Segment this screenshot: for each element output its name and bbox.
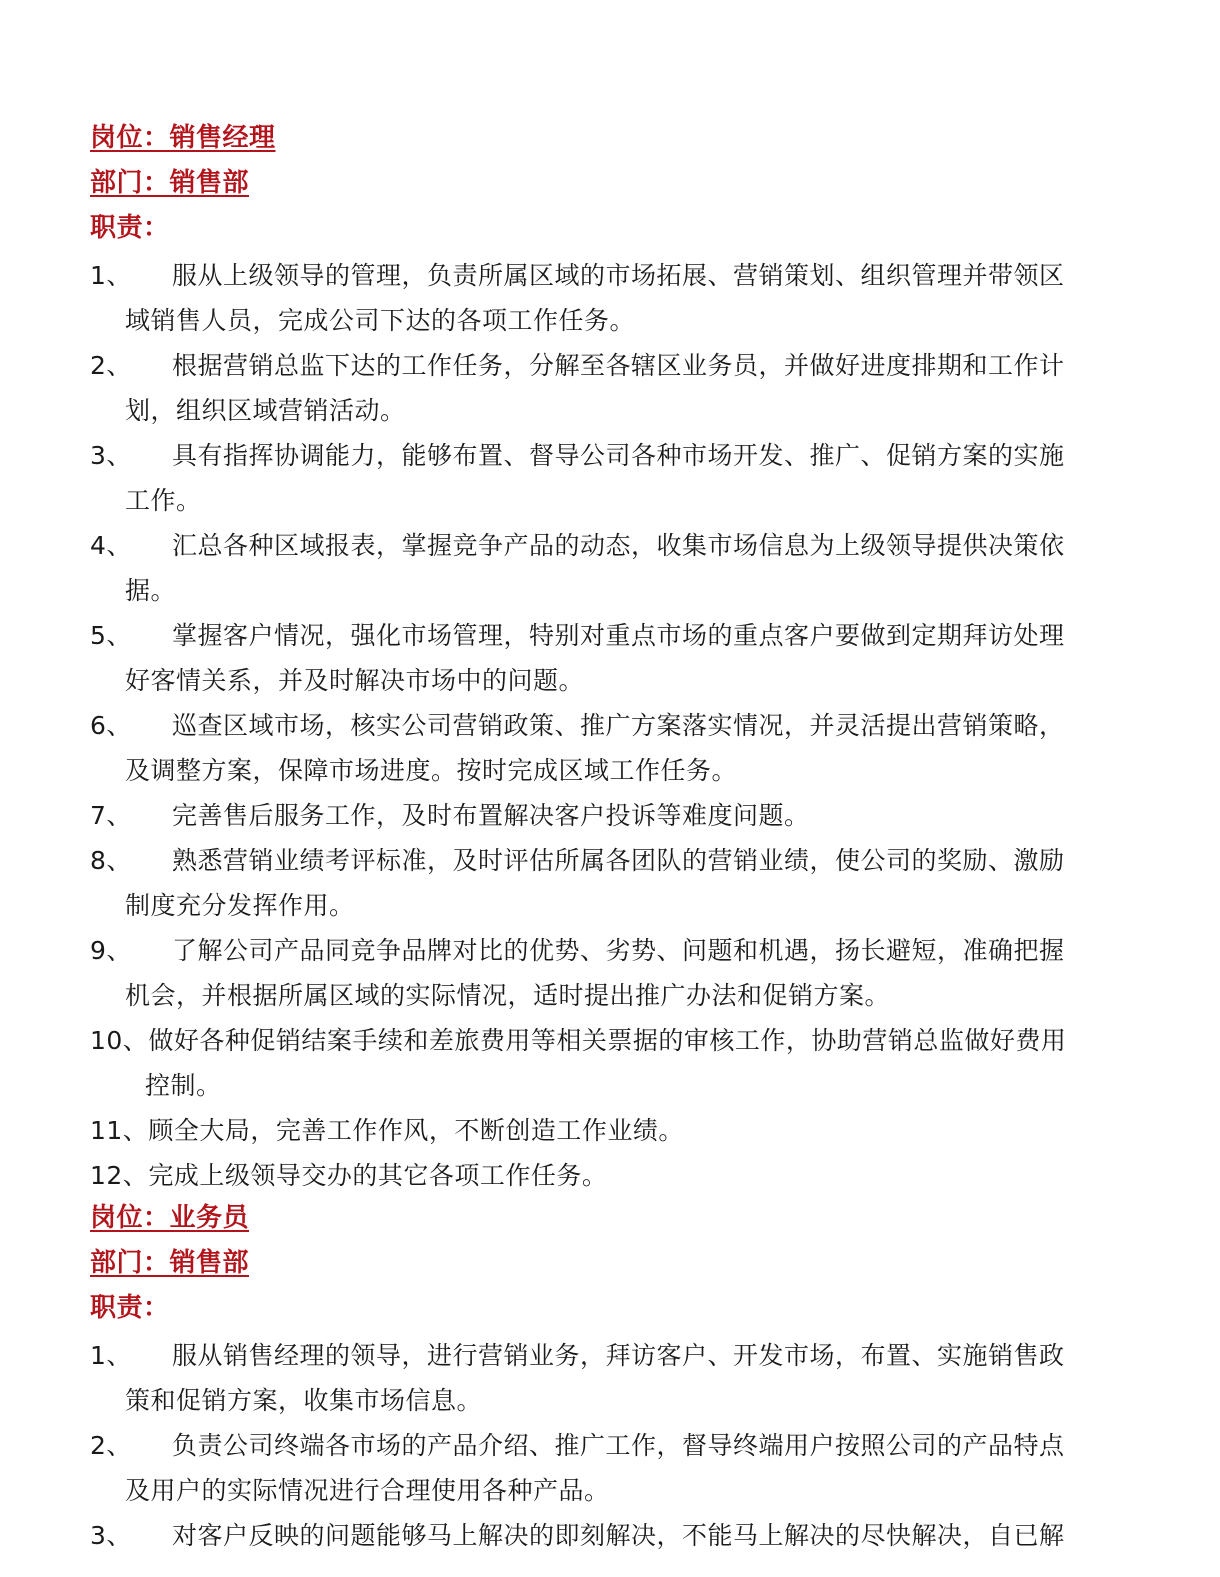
job-section-salesperson: 岗位：业务员 部门：销售部 职责： 1、服从销售经理的领导，进行营销业务，拜访客…: [90, 1198, 1150, 1558]
department-heading: 部门：销售部: [90, 163, 1150, 208]
duty-item: 9、了解公司产品同竞争品牌对比的优势、劣势、问题和机遇，扬长避短，准确把握机会，…: [90, 928, 1150, 1018]
duty-item: 1、服从上级领导的管理，负责所属区域的市场拓展、营销策划、组织管理并带领区域销售…: [90, 253, 1150, 343]
position-heading: 岗位：销售经理: [90, 118, 1150, 163]
duty-item: 11、顾全大局，完善工作作风，不断创造工作业绩。: [90, 1108, 1150, 1153]
duty-item: 4、汇总各种区域报表，掌握竞争产品的动态，收集市场信息为上级领导提供决策依据。: [90, 523, 1150, 613]
duty-item: 2、负责公司终端各市场的产品介绍、推广工作，督导终端用户按照公司的产品特点及用户…: [90, 1423, 1150, 1513]
duty-item: 6、巡查区域市场，核实公司营销政策、推广方案落实情况，并灵活提出营销策略，及调整…: [90, 703, 1150, 793]
duty-item: 1、服从销售经理的领导，进行营销业务，拜访客户、开发市场，布置、实施销售政策和促…: [90, 1333, 1150, 1423]
duty-item: 3、具有指挥协调能力，能够布置、督导公司各种市场开发、推广、促销方案的实施工作。: [90, 433, 1150, 523]
duties-heading: 职责：: [90, 208, 1150, 253]
department-heading: 部门：销售部: [90, 1243, 1150, 1288]
duty-item: 10、做好各种促销结案手续和差旅费用等相关票据的审核工作，协助营销总监做好费用控…: [90, 1018, 1150, 1108]
duties-heading: 职责：: [90, 1288, 1150, 1333]
duty-item: 7、完善售后服务工作，及时布置解决客户投诉等难度问题。: [90, 793, 1150, 838]
job-section-sales-manager: 岗位：销售经理 部门：销售部 职责： 1、服从上级领导的管理，负责所属区域的市场…: [90, 118, 1150, 1198]
duty-item: 3、对客户反映的问题能够马上解决的即刻解决，不能马上解决的尽快解决，自已解: [90, 1513, 1150, 1558]
position-heading: 岗位：业务员: [90, 1198, 1150, 1243]
duty-item: 8、熟悉营销业绩考评标准，及时评估所属各团队的营销业绩，使公司的奖励、激励制度充…: [90, 838, 1150, 928]
duty-item: 2、根据营销总监下达的工作任务，分解至各辖区业务员，并做好进度排期和工作计划，组…: [90, 343, 1150, 433]
document-page: 岗位：销售经理 部门：销售部 职责： 1、服从上级领导的管理，负责所属区域的市场…: [90, 118, 1150, 1558]
duty-item: 12、完成上级领导交办的其它各项工作任务。: [90, 1153, 1150, 1198]
duty-item: 5、掌握客户情况，强化市场管理，特别对重点市场的重点客户要做到定期拜访处理好客情…: [90, 613, 1150, 703]
